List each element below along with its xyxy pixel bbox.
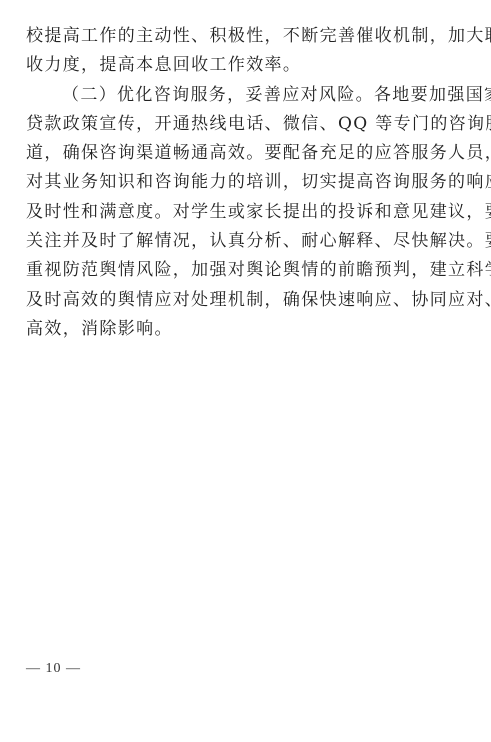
- section-heading-line: （二）优化咨询服务，妥善应对风险。各地要加强国家助学: [26, 81, 468, 110]
- text-line: 高效，消除影响。: [26, 315, 468, 344]
- document-page: 校提高工作的主动性、积极性，不断完善催收机制，加大联络催 收力度，提高本息回收工…: [0, 0, 491, 742]
- text-line: 重视防范舆情风险，加强对舆论舆情的前瞻预判，建立科学合理、: [26, 256, 468, 285]
- text-line: 关注并及时了解情况，认真分析、耐心解释、尽快解决。要高度: [26, 227, 468, 256]
- text-line: 及时高效的舆情应对处理机制，确保快速响应、协同应对、处置: [26, 286, 468, 315]
- text-line: 道，确保咨询渠道畅通高效。要配备充足的应答服务人员，加强: [26, 139, 468, 168]
- text-line: 及时性和满意度。对学生或家长提出的投诉和意见建议，要重点: [26, 198, 468, 227]
- body-text: 校提高工作的主动性、积极性，不断完善催收机制，加大联络催 收力度，提高本息回收工…: [26, 22, 468, 344]
- text-line: 校提高工作的主动性、积极性，不断完善催收机制，加大联络催: [26, 22, 468, 51]
- page-number: — 10 —: [26, 661, 81, 677]
- text-line: 贷款政策宣传，开通热线电话、微信、QQ 等专门的咨询服务渠: [26, 110, 468, 139]
- text-line: 对其业务知识和咨询能力的培训，切实提高咨询服务的响应率、: [26, 168, 468, 197]
- text-line: 收力度，提高本息回收工作效率。: [26, 51, 468, 80]
